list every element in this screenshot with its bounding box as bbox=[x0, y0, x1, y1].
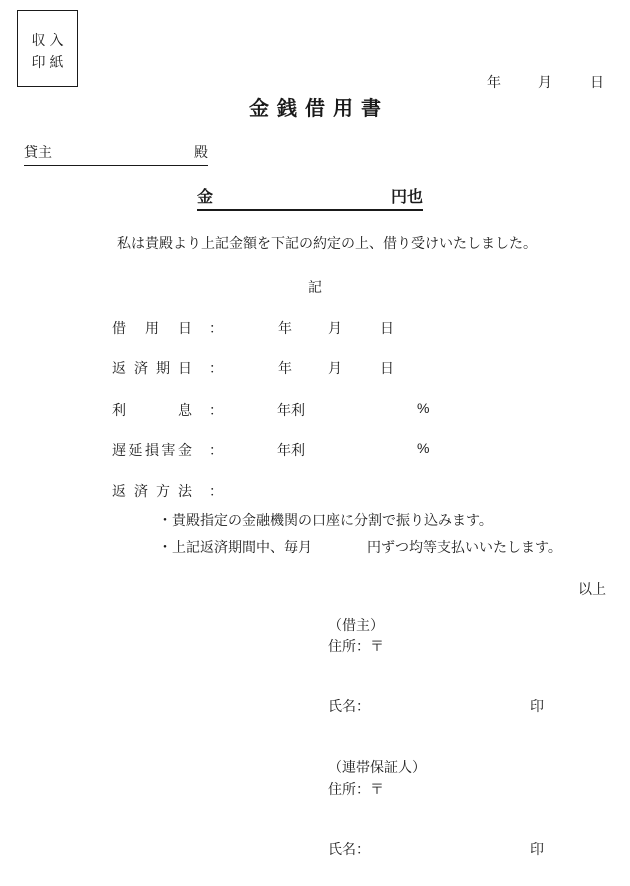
lender-honorific: 殿 bbox=[194, 142, 208, 162]
field-row-loan-date: 借用日 ： 年 月 日 bbox=[0, 318, 630, 335]
guarantor-seal-label: 印 bbox=[530, 839, 544, 859]
lender-line: 貸主 殿 bbox=[24, 142, 208, 166]
amount-line: 金 円也 bbox=[197, 184, 423, 211]
declaration-sentence: 私は貴殿より上記金額を下記の約定の上、借り受けいたしました。 bbox=[117, 233, 537, 253]
percent-label: % bbox=[417, 440, 429, 456]
annual-rate-label: 年利 bbox=[277, 400, 305, 420]
borrower-role-label: （借主） bbox=[328, 615, 384, 635]
field-row-repayment-method: 返済方法 ： bbox=[0, 481, 630, 498]
borrower-address-label: 住所：〒 bbox=[328, 636, 384, 656]
annual-rate-label: 年利 bbox=[277, 440, 305, 460]
stamp-label-line2: 印紙 bbox=[18, 51, 77, 73]
lender-label: 貸主 bbox=[24, 142, 52, 162]
amount-suffix: 円也 bbox=[391, 184, 423, 207]
day-label: 日 bbox=[380, 358, 394, 378]
stamp-label-line1: 収入 bbox=[18, 29, 77, 51]
year-label: 年 bbox=[278, 358, 292, 378]
revenue-stamp-box: 収入 印紙 bbox=[17, 10, 78, 87]
field-colon: ： bbox=[209, 400, 223, 420]
month-label: 月 bbox=[328, 318, 342, 338]
borrower-seal-label: 印 bbox=[530, 696, 544, 716]
percent-label: % bbox=[417, 400, 429, 416]
document-title: 金銭借用書 bbox=[0, 92, 630, 121]
amount-prefix: 金 bbox=[197, 184, 213, 207]
year-label: 年 bbox=[278, 318, 292, 338]
field-label: 利息 bbox=[112, 400, 192, 420]
field-colon: ： bbox=[209, 481, 223, 501]
borrower-name-label: 氏名： bbox=[328, 696, 370, 716]
repayment-note-monthly-pre: ・上記返済期間中、毎月 bbox=[158, 537, 312, 557]
field-row-interest: 利息 ： 年利 % bbox=[0, 400, 630, 417]
field-label: 遅延損害金 bbox=[112, 440, 192, 460]
date-day-label: 日 bbox=[590, 72, 604, 92]
repayment-note-monthly-post: 円ずつ均等支払いいたします。 bbox=[367, 537, 562, 557]
loan-agreement-document: 収入 印紙 年 月 日 金銭借用書 貸主 殿 金 円也 私は貴殿より上記金額を下… bbox=[0, 0, 630, 886]
field-colon: ： bbox=[209, 318, 223, 338]
month-label: 月 bbox=[328, 358, 342, 378]
closing-marker: 以上 bbox=[578, 579, 606, 599]
field-colon: ： bbox=[209, 358, 223, 378]
record-marker: 記 bbox=[0, 277, 630, 297]
guarantor-role-label: （連帯保証人） bbox=[328, 757, 426, 777]
field-label: 返済期日 bbox=[112, 358, 192, 378]
field-row-late-damages: 遅延損害金 ： 年利 % bbox=[0, 440, 630, 457]
date-year-label: 年 bbox=[487, 72, 501, 92]
day-label: 日 bbox=[380, 318, 394, 338]
field-label: 借用日 bbox=[112, 318, 192, 338]
repayment-note-bank-transfer: ・貴殿指定の金融機関の口座に分割で振り込みます。 bbox=[158, 510, 493, 530]
field-colon: ： bbox=[209, 440, 223, 460]
field-row-repayment-due-date: 返済期日 ： 年 月 日 bbox=[0, 358, 630, 375]
guarantor-address-label: 住所：〒 bbox=[328, 779, 384, 799]
date-month-label: 月 bbox=[538, 72, 552, 92]
guarantor-name-label: 氏名： bbox=[328, 839, 370, 859]
field-label: 返済方法 bbox=[112, 481, 192, 501]
